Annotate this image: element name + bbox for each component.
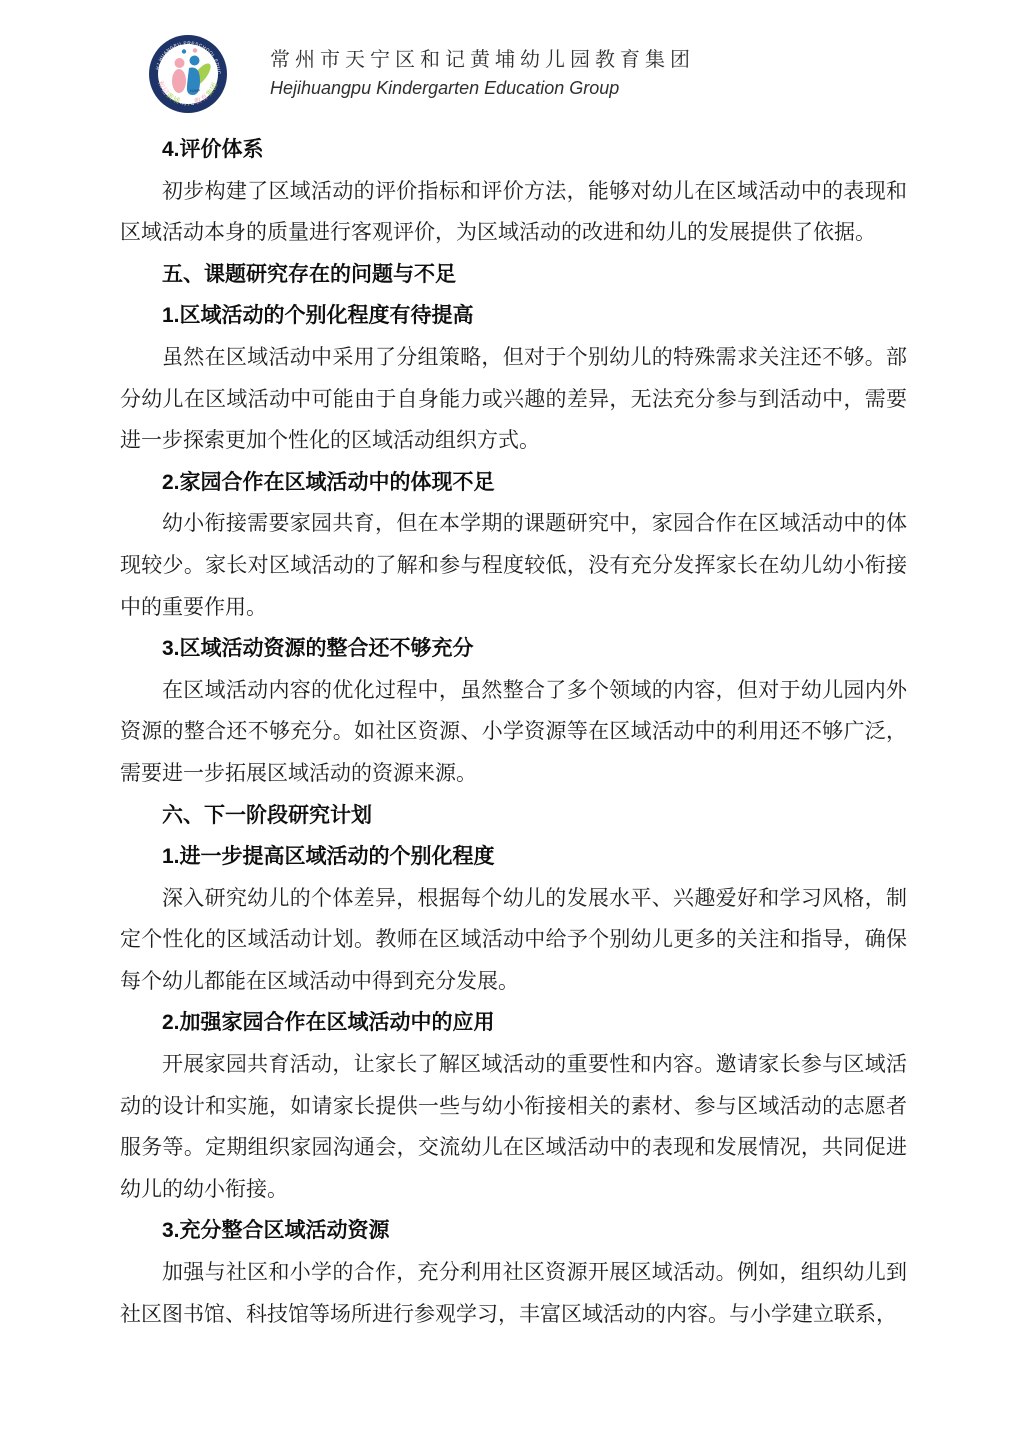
paragraph: 加强与社区和小学的合作，充分利用社区资源开展区域活动。例如，组织幼儿到社区图书馆… xyxy=(120,1252,907,1335)
subsection-heading: 2.加强家园合作在区域活动中的应用 xyxy=(120,1002,907,1044)
paragraph: 虽然在区域活动中采用了分组策略，但对于个别幼儿的特殊需求关注还不够。部分幼儿在区… xyxy=(120,337,907,462)
org-names: 常州市天宁区和记黄埔幼儿园教育集团 Hejihuangpu Kindergart… xyxy=(270,47,695,101)
subsection-heading: 1.进一步提高区域活动的个别化程度 xyxy=(120,836,907,878)
org-name-chinese: 常州市天宁区和记黄埔幼儿园教育集团 xyxy=(270,47,695,73)
section-heading: 六、下一阶段研究计划 xyxy=(120,795,907,837)
subsection-heading: 3.区域活动资源的整合还不够充分 xyxy=(120,628,907,670)
paragraph: 开展家园共育活动，让家长了解区域活动的重要性和内容。邀请家长参与区域活动的设计和… xyxy=(120,1044,907,1210)
paragraph: 幼小衔接需要家园共育，但在本学期的课题研究中，家园合作在区域活动中的体现较少。家… xyxy=(120,503,907,628)
subsection-heading: 3.充分整合区域活动资源 xyxy=(120,1210,907,1252)
document-body: 4.评价体系 初步构建了区域活动的评价指标和评价方法，能够对幼儿在区域活动中的表… xyxy=(120,129,907,1335)
subsection-heading: 2.家园合作在区域活动中的体现不足 xyxy=(120,462,907,504)
paragraph: 深入研究幼儿的个体差异，根据每个幼儿的发展水平、兴趣爱好和学习风格，制定个性化的… xyxy=(120,878,907,1003)
paragraph: 在区域活动内容的优化过程中，虽然整合了多个领域的内容，但对于幼儿园内外资源的整合… xyxy=(120,670,907,795)
svg-text:HJHP: HJHP xyxy=(190,88,201,93)
document-header: HJ HUANGPU PRESCHOOL EDUCATION GROUP 和记黄… xyxy=(148,34,695,114)
kindergarten-group-logo-icon: HJ HUANGPU PRESCHOOL EDUCATION GROUP 和记黄… xyxy=(148,34,228,114)
section-heading: 五、课题研究存在的问题与不足 xyxy=(120,254,907,296)
section-heading: 4.评价体系 xyxy=(120,129,907,171)
subsection-heading: 1.区域活动的个别化程度有待提高 xyxy=(120,295,907,337)
org-name-english: Hejihuangpu Kindergarten Education Group xyxy=(270,75,695,101)
paragraph: 初步构建了区域活动的评价指标和评价方法，能够对幼儿在区域活动中的表现和区域活动本… xyxy=(120,171,907,254)
